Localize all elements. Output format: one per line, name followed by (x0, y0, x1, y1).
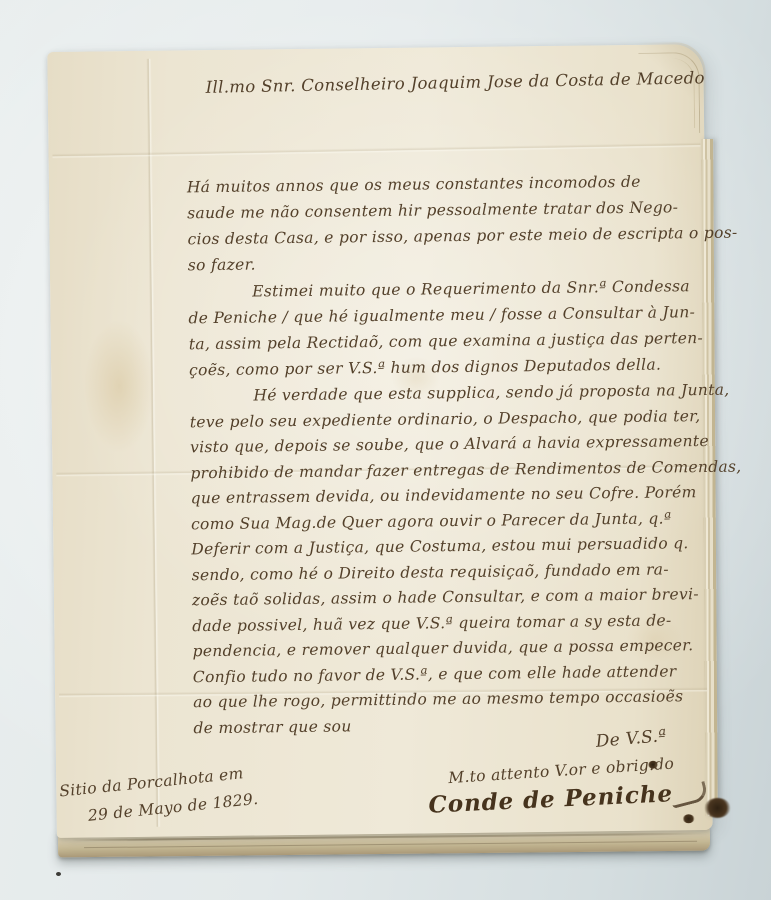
paragraph-3: Hé verdade que esta supplica, sendo já p… (189, 378, 705, 741)
salutation-line: Ill.mo Snr. Conselheiro Joaquim Jose da … (205, 68, 704, 97)
photograph-of-letter: Ill.mo Snr. Conselheiro Joaquim Jose da … (0, 0, 771, 900)
vertical-fold-crease (146, 59, 160, 827)
letter-sheet: Ill.mo Snr. Conselheiro Joaquim Jose da … (47, 44, 713, 838)
paragraph-1: Há muitos annos que os meus constantes i… (187, 168, 700, 278)
place-and-date: Sitio da Porcalhota em 29 de Mayo de 182… (58, 759, 259, 832)
paper-stain (68, 291, 170, 482)
curled-corner-page-edges (625, 42, 706, 153)
background-speck (56, 872, 61, 876)
ink-blot (683, 814, 695, 823)
horizontal-fold-crease-top (52, 142, 700, 158)
paragraph-2: Estimei muito que o Requerimento da Snr.… (188, 273, 701, 383)
closing-formula: De V.S.ª (595, 726, 667, 752)
